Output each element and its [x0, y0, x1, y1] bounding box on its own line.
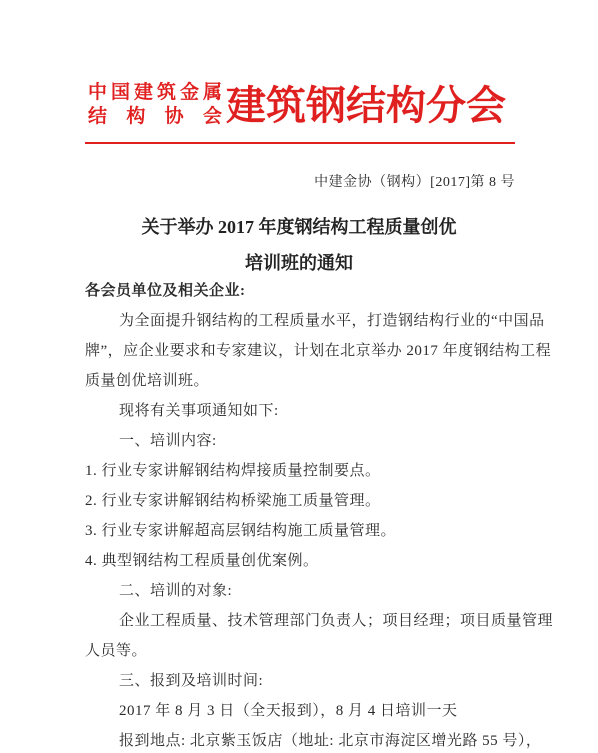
salutation: 各会员单位及相关企业:	[85, 276, 525, 306]
audience-line-2: 人员等。	[85, 636, 525, 666]
section-3-heading: 三、报到及培训时间:	[85, 666, 525, 696]
org-name-line1: 中国建筑金属	[88, 81, 222, 105]
intro-line-1: 为全面提升钢结构的工程质量水平，打造钢结构行业的“中国品	[85, 306, 525, 336]
org-name-block: 中国建筑金属 结构协会	[88, 81, 222, 129]
letterhead-divider	[85, 142, 515, 144]
schedule-line: 2017 年 8 月 3 日（全天报到），8 月 4 日培训一天	[85, 696, 525, 726]
training-item-4: 4. 典型钢结构工程质量创优案例。	[85, 546, 525, 576]
section-2-heading: 二、培训的对象:	[85, 576, 525, 606]
venue-line: 报到地点: 北京紫玉饭店（地址: 北京市海淀区增光路 55 号），	[85, 726, 525, 753]
intro-line-2: 牌”，应企业要求和专家建议，计划在北京举办 2017 年度钢结构工程	[85, 336, 525, 366]
training-item-2: 2. 行业专家讲解钢结构桥梁施工质量管理。	[85, 486, 525, 516]
section-1-heading: 一、培训内容:	[85, 426, 525, 456]
audience-line-1: 企业工程质量、技术管理部门负责人；项目经理；项目质量管理	[85, 606, 525, 636]
org-name-line2: 结构协会	[88, 105, 222, 129]
intro-line-3: 质量创优培训班。	[85, 366, 525, 396]
notice-lead: 现将有关事项通知如下:	[85, 396, 525, 426]
doc-number: 中建金协（钢构）[2017]第 8 号	[314, 171, 515, 191]
document-title-line1: 关于举办 2017 年度钢结构工程质量创优	[0, 209, 598, 245]
branch-name: 建筑钢结构分会	[226, 83, 506, 129]
training-item-1: 1. 行业专家讲解钢结构焊接质量控制要点。	[85, 456, 525, 486]
letterhead: 中国建筑金属 结构协会 建筑钢结构分会	[88, 81, 518, 129]
document-title: 关于举办 2017 年度钢结构工程质量创优 培训班的通知	[0, 209, 598, 281]
training-item-3: 3. 行业专家讲解超高层钢结构施工质量管理。	[85, 516, 525, 546]
document-page: 中国建筑金属 结构协会 建筑钢结构分会 中建金协（钢构）[2017]第 8 号 …	[0, 0, 598, 753]
document-body: 各会员单位及相关企业: 为全面提升钢结构的工程质量水平，打造钢结构行业的“中国品…	[85, 276, 525, 753]
